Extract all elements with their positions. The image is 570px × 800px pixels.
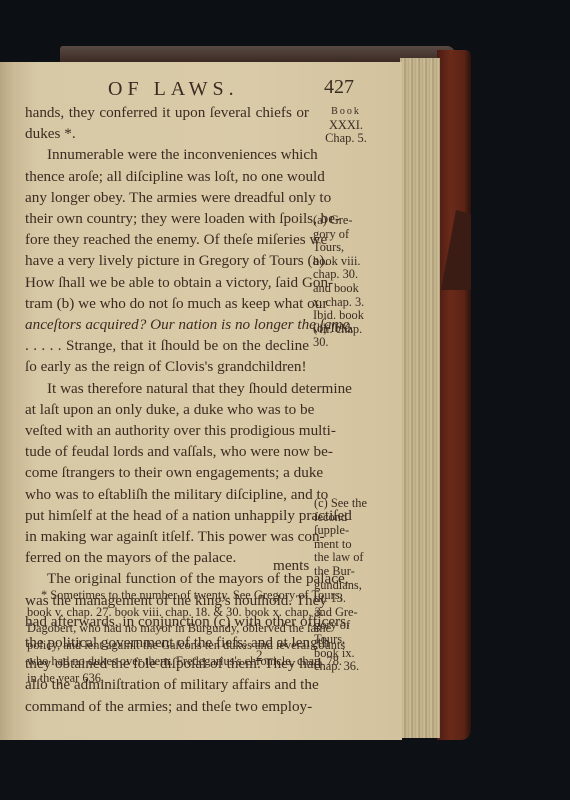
book-cover-top — [60, 46, 455, 62]
margin-note-line: (b) Ibid. — [313, 322, 354, 336]
margin-note-line: book viii. — [313, 255, 364, 269]
margin-note-line: ſupple- — [314, 524, 367, 538]
body-line: fore they reached the enemy. Of theſe mi… — [25, 229, 309, 250]
body-line: their own country; they were loaden with… — [25, 208, 309, 229]
body-line: thence aroſe; all diſcipline was loſt, n… — [25, 166, 309, 187]
body-line: tude of feudal lords and vaſſals, who we… — [25, 441, 309, 462]
signature-mark: 2 — [256, 647, 263, 663]
body-line: ferred on the mayors of the palace. — [25, 547, 309, 568]
margin-note-line: x. chap. 3. — [313, 296, 364, 310]
body-line: in making war againſt itſelf. This power… — [25, 526, 309, 547]
margin-note-line: 30. — [313, 336, 364, 350]
body-line: at laſt upon an only duke, a duke who wa… — [25, 399, 309, 420]
footnote-line: in the year 636. — [27, 670, 315, 687]
body-line: anceſtors acquired? Our nation is no lon… — [25, 314, 309, 335]
body-line: . . . . . Strange, that it ſhould be on … — [25, 335, 309, 356]
body-line: veſted with an authority over this prodi… — [25, 420, 309, 441]
chapter-label: Chap. 5. — [322, 132, 370, 146]
footnote-line: who had no dukes over them. Fredegarius'… — [27, 653, 315, 670]
body-line: dukes *. — [25, 123, 309, 144]
body-line: come ſtrangers to their own engagements;… — [25, 462, 309, 483]
margin-note-line: gory of — [313, 228, 364, 242]
page-edges — [400, 58, 440, 738]
body-line: have a very lively picture in Gregory of… — [25, 250, 309, 271]
page-gutter — [0, 62, 16, 740]
catchword: ments — [273, 555, 309, 576]
margin-note-b: (b) Ibid. — [313, 322, 354, 336]
footnote-line: book v. chap. 27. book viii. chap. 18. &… — [27, 604, 315, 621]
body-line: command of the armies; and theſe two emp… — [25, 696, 309, 717]
footnote-line: * Sometimes to the number of twenty. See… — [27, 587, 315, 604]
footnote-line: policy, and ſent againſt the Gaſcons ten… — [27, 637, 315, 654]
margin-note-line: ment to — [314, 538, 367, 552]
background-bottom — [0, 740, 570, 800]
margin-note-line: the law of — [314, 551, 367, 565]
body-line: any longer obey. The armies were dreadfu… — [25, 187, 309, 208]
body-line: Innumerable were the inconveniences whic… — [25, 144, 309, 165]
margin-note-line: (c) See the — [314, 497, 367, 511]
footnote: * Sometimes to the number of twenty. See… — [27, 587, 315, 687]
margin-note-line: Tours, — [313, 241, 364, 255]
side-heading: Book XXXI. Chap. 5. — [322, 105, 370, 146]
margin-note-line: and book — [313, 282, 364, 296]
body-line: How ſhall we be able to obtain a victory… — [25, 272, 309, 293]
margin-note-line: chap. 30. — [313, 268, 364, 282]
body-line: hands, they conferred it upon ſeveral ch… — [25, 102, 309, 123]
book-cover-spine-edge — [437, 50, 471, 740]
book-number: XXXI. — [322, 119, 370, 133]
running-title: OF LAWS. — [108, 78, 239, 101]
book-label: Book — [322, 105, 370, 119]
margin-note-line: (a) Gre- — [313, 214, 364, 228]
footnote-line: Dagobert, who had no mayor in Burgundy, … — [27, 620, 315, 637]
margin-note-line: ſecond — [314, 511, 367, 525]
body-line: put himſelf at the head of a nation unha… — [25, 505, 309, 526]
body-line: ſo early as the reign of Clovis's grandc… — [25, 356, 309, 377]
body-line: tram (b) we who do not ſo much as keep w… — [25, 293, 309, 314]
body-line: who was to eſtabliſh the military diſcip… — [25, 484, 309, 505]
body-line: It was therefore natural that they ſhoul… — [25, 378, 309, 399]
margin-note-line: the Bur- — [314, 565, 367, 579]
page-number: 427 — [324, 76, 354, 99]
